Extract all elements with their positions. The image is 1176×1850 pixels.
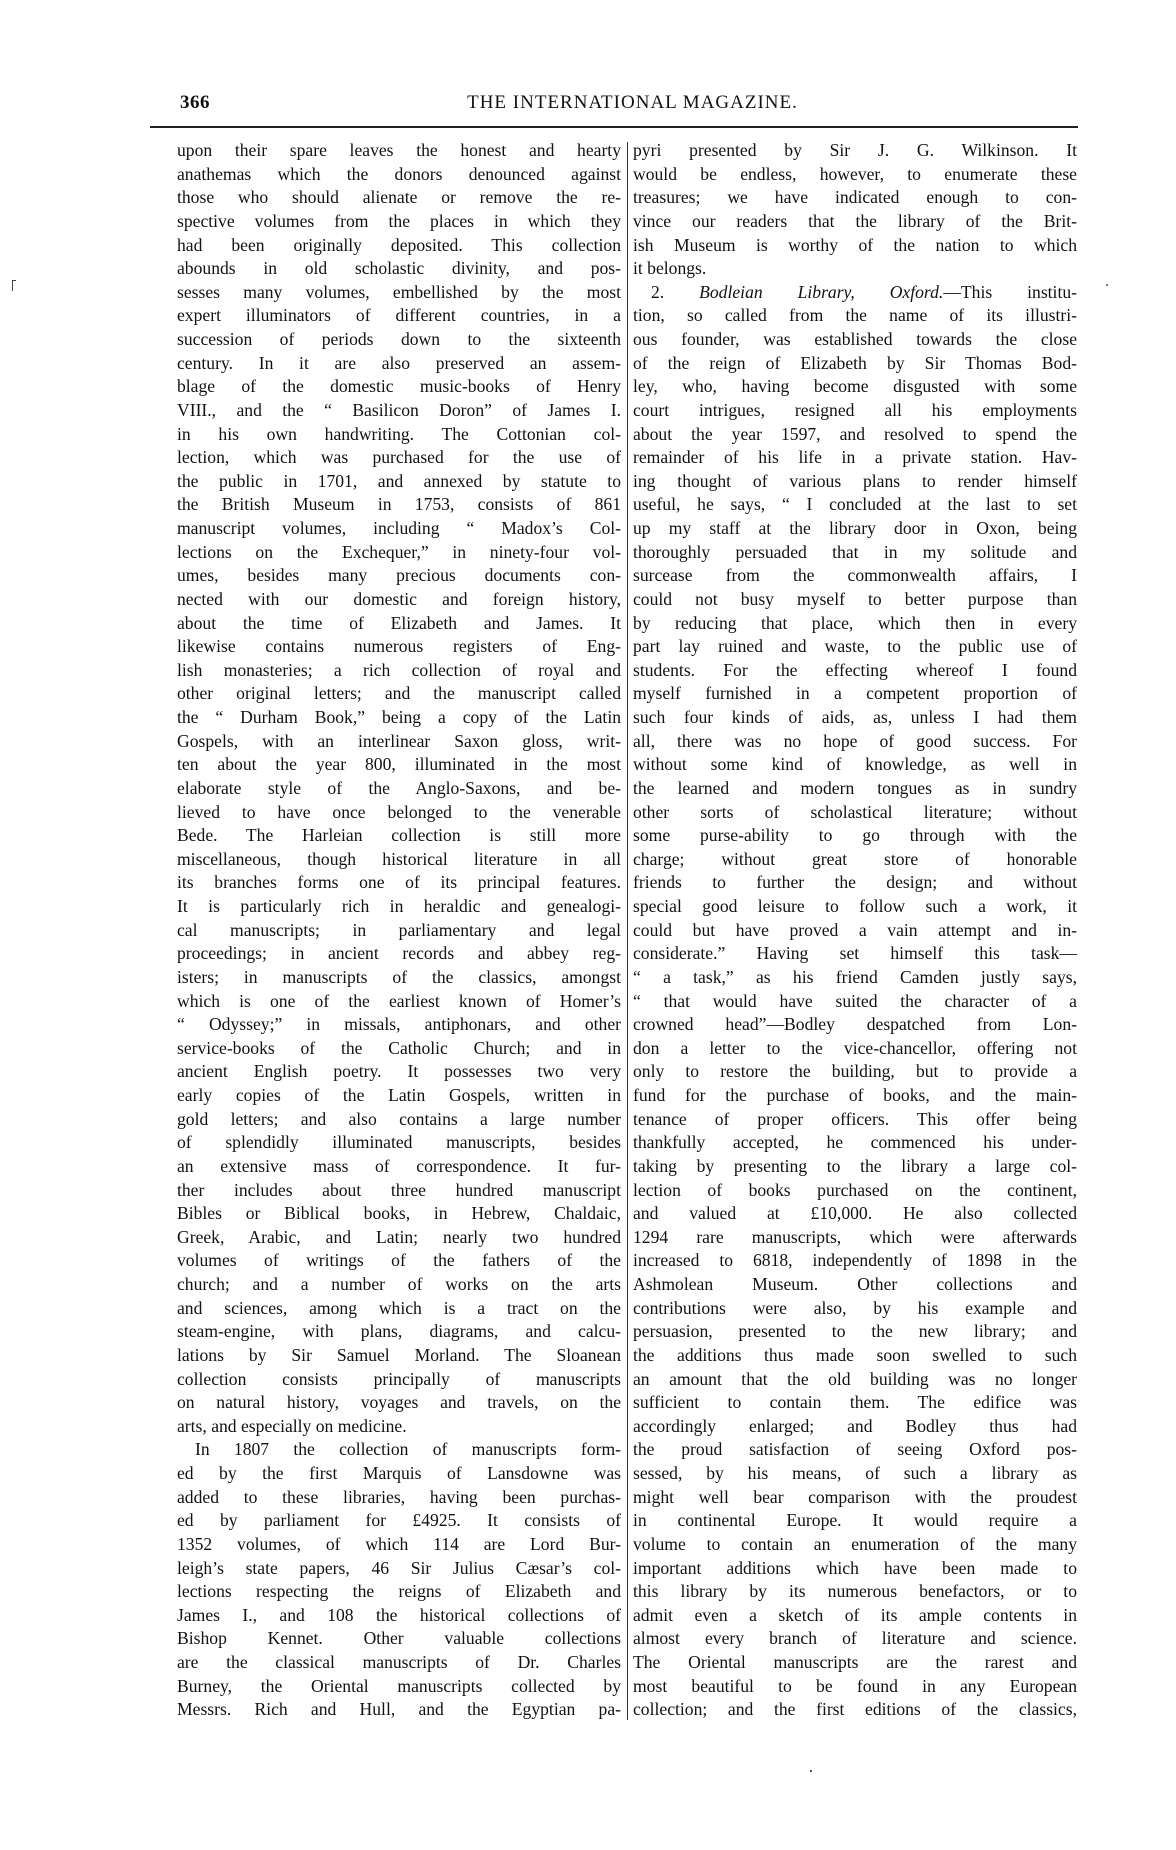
- text-line: the public in 1701, and annexed by statu…: [177, 470, 621, 494]
- text-line: of the reign of Elizabeth by Sir Thomas …: [633, 352, 1077, 376]
- text-line: this library by its numerous benefactors…: [633, 1580, 1077, 1604]
- text-line: might well bear comparison with the prou…: [633, 1486, 1077, 1510]
- text-line: and valued at £10,000. He also collected: [633, 1202, 1077, 1226]
- stray-mark: [810, 1770, 812, 1772]
- text-line: the additions thus made soon swelled to …: [633, 1344, 1077, 1368]
- text-line: such four kinds of aids, as, unless I ha…: [633, 706, 1077, 730]
- text-line: volumes of writings of the fathers of th…: [177, 1249, 621, 1273]
- text-line: in his own handwriting. The Cottonian co…: [177, 423, 621, 447]
- text-line: accordingly enlarged; and Bodley thus ha…: [633, 1415, 1077, 1439]
- text-line: “ that would have suited the character o…: [633, 990, 1077, 1014]
- text-line: myself furnished in a competent proporti…: [633, 682, 1077, 706]
- running-head: 366 THE INTERNATIONAL MAGAZINE.: [150, 90, 1075, 120]
- text-line: tion, so called from the name of its ill…: [633, 304, 1077, 328]
- text-line: Ashmolean Museum. Other collections and: [633, 1273, 1077, 1297]
- text-line: ing thought of various plans to render h…: [633, 470, 1077, 494]
- text-line: contributions were also, by his example …: [633, 1297, 1077, 1321]
- stray-mark: [1106, 284, 1108, 286]
- text-line: considerate.” Having set himself this ta…: [633, 942, 1077, 966]
- text-line: other original letters; and the manuscri…: [177, 682, 621, 706]
- text-line: could not busy myself to better purpose …: [633, 588, 1077, 612]
- text-line: thankfully accepted, he commenced his un…: [633, 1131, 1077, 1155]
- text-line: tenance of proper officers. This offer b…: [633, 1108, 1077, 1132]
- text-line: century. In it are also preserved an ass…: [177, 352, 621, 376]
- text-line: taking by presenting to the library a la…: [633, 1155, 1077, 1179]
- text-line: “ Odyssey;” in missals, antiphonars, and…: [177, 1013, 621, 1037]
- text-line: the proud satisfaction of seeing Oxford …: [633, 1438, 1077, 1462]
- text-line: lections respecting the reigns of Elizab…: [177, 1580, 621, 1604]
- text-line: part lay ruined and waste, to the public…: [633, 635, 1077, 659]
- text-line: succession of periods down to the sixtee…: [177, 328, 621, 352]
- text-line: about the year 1597, and resolved to spe…: [633, 423, 1077, 447]
- text-line: could but have proved a vain attempt and…: [633, 919, 1077, 943]
- text-line: 1352 volumes, of which 114 are Lord Bur-: [177, 1533, 621, 1557]
- text-line: court intrigues, resigned all his employ…: [633, 399, 1077, 423]
- text-line: sufficient to contain them. The edifice …: [633, 1391, 1077, 1415]
- text-line: James I., and 108 the historical collect…: [177, 1604, 621, 1628]
- text-line: lection, which was purchased for the use…: [177, 446, 621, 470]
- text-line: only to restore the building, but to pro…: [633, 1060, 1077, 1084]
- section-title: Bodleian Library, Oxford.: [699, 282, 943, 302]
- text-line: most beautiful to be found in any Europe…: [633, 1675, 1077, 1699]
- text-line: which is one of the earliest known of Ho…: [177, 990, 621, 1014]
- text-line: ous founder, was established towards the…: [633, 328, 1077, 352]
- text-line: pyri presented by Sir J. G. Wilkinson. I…: [633, 139, 1077, 163]
- text-line: of splendidly illuminated manuscripts, b…: [177, 1131, 621, 1155]
- text-line: proceedings; in ancient records and abbe…: [177, 942, 621, 966]
- text-line: lish monasteries; a rich collection of r…: [177, 659, 621, 683]
- text-line: volume to contain an enumeration of the …: [633, 1533, 1077, 1557]
- text-line: Bede. The Harleian collection is still m…: [177, 824, 621, 848]
- text-line: likewise contains numerous registers of …: [177, 635, 621, 659]
- text-line: and sciences, among which is a tract on …: [177, 1297, 621, 1321]
- column-divider: [627, 142, 628, 1720]
- text-line: lieved to have once belonged to the vene…: [177, 801, 621, 825]
- text-line: admit even a sketch of its ample content…: [633, 1604, 1077, 1628]
- text-line: an amount that the old building was no l…: [633, 1368, 1077, 1392]
- text-line: ish Museum is worthy of the nation to wh…: [633, 234, 1077, 258]
- paragraph-start-line: In 1807 the collection of manuscripts fo…: [177, 1438, 621, 1462]
- text-line: friends to further the design; and witho…: [633, 871, 1077, 895]
- text-line: isters; in manuscripts of the classics, …: [177, 966, 621, 990]
- section-number: 2.: [651, 282, 664, 302]
- text-line: Greek, Arabic, and Latin; nearly two hun…: [177, 1226, 621, 1250]
- text-line: on natural history, voyages and travels,…: [177, 1391, 621, 1415]
- text-line: about the time of Elizabeth and James. I…: [177, 612, 621, 636]
- text-line: those who should alienate or remove the …: [177, 186, 621, 210]
- header-rule: [150, 126, 1078, 128]
- text-line: ancient English poetry. It possesses two…: [177, 1060, 621, 1084]
- magazine-page: 366 THE INTERNATIONAL MAGAZINE. upon the…: [0, 0, 1176, 1850]
- text-line: church; and a number of works on the art…: [177, 1273, 621, 1297]
- text-line: the British Museum in 1753, consists of …: [177, 493, 621, 517]
- text-line: anathemas which the donors denounced aga…: [177, 163, 621, 187]
- left-column: upon their spare leaves the honest and h…: [177, 139, 621, 1722]
- text-line: ten about the year 800, illuminated in t…: [177, 753, 621, 777]
- text-line: by reducing that place, which then in ev…: [633, 612, 1077, 636]
- margin-mark: [12, 280, 16, 291]
- text-line: nected with our domestic and foreign his…: [177, 588, 621, 612]
- text-line: Messrs. Rich and Hull, and the Egyptian …: [177, 1698, 621, 1722]
- text-line: upon their spare leaves the honest and h…: [177, 139, 621, 163]
- text-line: lections on the Exchequer,” in ninety-fo…: [177, 541, 621, 565]
- text-line: VIII., and the “ Basilicon Doron” of Jam…: [177, 399, 621, 423]
- text-line: without some kind of knowledge, as well …: [633, 753, 1077, 777]
- text-line: service-books of the Catholic Church; an…: [177, 1037, 621, 1061]
- text-line: leigh’s state papers, 46 Sir Julius Cæsa…: [177, 1557, 621, 1581]
- text-line: other sorts of scholastical literature; …: [633, 801, 1077, 825]
- text-line: treasures; we have indicated enough to c…: [633, 186, 1077, 210]
- text-line: students. For the effecting whereof I fo…: [633, 659, 1077, 683]
- text-line: all, there was no hope of good success. …: [633, 730, 1077, 754]
- text-line: up my staff at the library door in Oxon,…: [633, 517, 1077, 541]
- text-line: had been originally deposited. This coll…: [177, 234, 621, 258]
- text-line: are the classical manuscripts of Dr. Cha…: [177, 1651, 621, 1675]
- text-line: Bishop Kennet. Other valuable collection…: [177, 1627, 621, 1651]
- text-line: vince our readers that the library of th…: [633, 210, 1077, 234]
- text-line: steam-engine, with plans, diagrams, and …: [177, 1320, 621, 1344]
- text-line: “ a task,” as his friend Camden justly s…: [633, 966, 1077, 990]
- text-line: important additions which have been made…: [633, 1557, 1077, 1581]
- text-line: don a letter to the vice-chancellor, off…: [633, 1037, 1077, 1061]
- text-line: special good leisure to follow such a wo…: [633, 895, 1077, 919]
- text-line: elaborate style of the Anglo-Saxons, and…: [177, 777, 621, 801]
- text-line: it belongs.: [633, 257, 1077, 281]
- right-column: pyri presented by Sir J. G. Wilkinson. I…: [633, 139, 1077, 1722]
- text-line: some purse-ability to go through with th…: [633, 824, 1077, 848]
- text-line: Burney, the Oriental manuscripts collect…: [177, 1675, 621, 1699]
- text-line: ed by the first Marquis of Lansdowne was: [177, 1462, 621, 1486]
- text-line: manuscript volumes, including “ Madox’s …: [177, 517, 621, 541]
- text-line: ley, who, having become disgusted with s…: [633, 375, 1077, 399]
- text-line: Gospels, with an interlinear Saxon gloss…: [177, 730, 621, 754]
- text-line: thoroughly persuaded that in my solitude…: [633, 541, 1077, 565]
- text-line: gold letters; and also contains a large …: [177, 1108, 621, 1132]
- section-lead-text: —This institu-: [943, 282, 1077, 302]
- text-line: arts, and especially on medicine.: [177, 1415, 621, 1439]
- text-line: miscellaneous, though historical literat…: [177, 848, 621, 872]
- text-line: would be endless, however, to enumerate …: [633, 163, 1077, 187]
- text-line: sesses many volumes, embellished by the …: [177, 281, 621, 305]
- text-line: crowned head”—Bodley despatched from Lon…: [633, 1013, 1077, 1037]
- text-line: 1294 rare manuscripts, which were afterw…: [633, 1226, 1077, 1250]
- text-line: ther includes about three hundred manusc…: [177, 1179, 621, 1203]
- text-line: in continental Europe. It would require …: [633, 1509, 1077, 1533]
- text-line: early copies of the Latin Gospels, writt…: [177, 1084, 621, 1108]
- text-line: abounds in old scholastic divinity, and …: [177, 257, 621, 281]
- text-line: surcease from the commonwealth affairs, …: [633, 564, 1077, 588]
- text-line: remainder of his life in a private stati…: [633, 446, 1077, 470]
- text-line: charge; without great store of honorable: [633, 848, 1077, 872]
- text-line: fund for the purchase of books, and the …: [633, 1084, 1077, 1108]
- text-line: lection of books purchased on the contin…: [633, 1179, 1077, 1203]
- section-heading-line: 2. Bodleian Library, Oxford.—This instit…: [633, 281, 1077, 305]
- text-line: expert illuminators of different countri…: [177, 304, 621, 328]
- text-line: It is particularly rich in heraldic and …: [177, 895, 621, 919]
- text-line: The Oriental manuscripts are the rarest …: [633, 1651, 1077, 1675]
- text-line: persuasion, presented to the new library…: [633, 1320, 1077, 1344]
- text-line: increased to 6818, independently of 1898…: [633, 1249, 1077, 1273]
- text-line: cal manuscripts; in parliamentary and le…: [177, 919, 621, 943]
- text-line: lations by Sir Samuel Morland. The Sloan…: [177, 1344, 621, 1368]
- text-line: its branches forms one of its principal …: [177, 871, 621, 895]
- text-line: the “ Durham Book,” being a copy of the …: [177, 706, 621, 730]
- text-line: Bibles or Biblical books, in Hebrew, Cha…: [177, 1202, 621, 1226]
- text-line: collection; and the first editions of th…: [633, 1698, 1077, 1722]
- text-line: ed by parliament for £4925. It consists …: [177, 1509, 621, 1533]
- text-line: sessed, by his means, of such a library …: [633, 1462, 1077, 1486]
- text-line: useful, he says, “ I concluded at the la…: [633, 493, 1077, 517]
- text-line: added to these libraries, having been pu…: [177, 1486, 621, 1510]
- text-line: umes, besides many precious documents co…: [177, 564, 621, 588]
- text-line: an extensive mass of correspondence. It …: [177, 1155, 621, 1179]
- text-line: spective volumes from the places in whic…: [177, 210, 621, 234]
- text-line: blage of the domestic music-books of Hen…: [177, 375, 621, 399]
- magazine-title: THE INTERNATIONAL MAGAZINE.: [150, 92, 1075, 114]
- text-line: almost every branch of literature and sc…: [633, 1627, 1077, 1651]
- text-line: collection consists principally of manus…: [177, 1368, 621, 1392]
- text-line: the learned and modern tongues as in sun…: [633, 777, 1077, 801]
